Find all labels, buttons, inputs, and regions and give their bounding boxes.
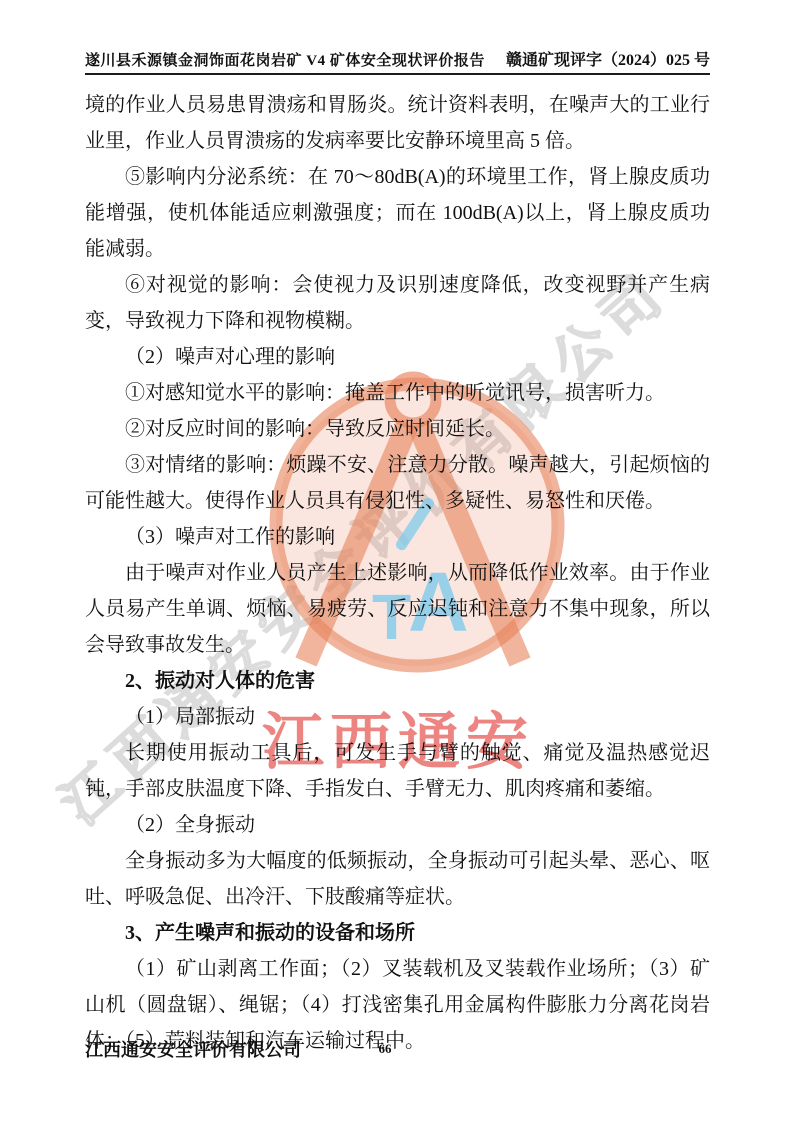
paragraph: （2）噪声对心理的影响 xyxy=(85,339,710,375)
red-brand-watermark: 江西通安 xyxy=(262,712,534,774)
report-page: 江西通安安全评价有限公司 T A 遂川县禾源镇金洞饰面花岗岩矿 V4 矿体安全现… xyxy=(0,0,793,1122)
paragraph: 由于噪声对作业人员产生上述影响，从而降低作业效率。由于作业人员易产生单调、烦恼、… xyxy=(85,555,710,663)
header-report-title: 遂川县禾源镇金洞饰面花岗岩矿 V4 矿体安全现状评价报告 xyxy=(85,49,485,70)
paragraph: （2）全身振动 xyxy=(85,807,710,843)
document-body: 境的作业人员易患胃溃疡和胃肠炎。统计资料表明，在噪声大的工业行业里，作业人员胃溃… xyxy=(85,87,710,1059)
paragraph: （3）噪声对工作的影响 xyxy=(85,519,710,555)
paragraph: 境的作业人员易患胃溃疡和胃肠炎。统计资料表明，在噪声大的工业行业里，作业人员胃溃… xyxy=(85,87,710,159)
footer-page-number: 66 xyxy=(85,1041,685,1057)
paragraph: ③对情绪的影响：烦躁不安、注意力分散。噪声越大，引起烦恼的可能性越大。使得作业人… xyxy=(85,447,710,519)
paragraph: 全身振动多为大幅度的低频振动，全身振动可引起头晕、恶心、呕吐、呼吸急促、出冷汗、… xyxy=(85,843,710,915)
paragraph: ⑥对视觉的影响：会使视力及识别速度降低，改变视野并产生病变，导致视力下降和视物模… xyxy=(85,267,710,339)
paragraph: ②对反应时间的影响：导致反应时间延长。 xyxy=(85,411,710,447)
section-heading: 3、产生噪声和振动的设备和场所 xyxy=(85,915,710,951)
header-doc-number: 赣通矿现评字（2024）025 号 xyxy=(506,47,710,70)
page-header: 遂川县禾源镇金洞饰面花岗岩矿 V4 矿体安全现状评价报告 赣通矿现评字（2024… xyxy=(85,46,710,75)
paragraph: ⑤影响内分泌系统：在 70～80dB(A)的环境里工作，肾上腺皮质功能增强，使机… xyxy=(85,159,710,267)
paragraph: ①对感知觉水平的影响：掩盖工作中的听觉讯号，损害听力。 xyxy=(85,375,710,411)
section-heading: 2、振动对人体的危害 xyxy=(85,663,710,699)
